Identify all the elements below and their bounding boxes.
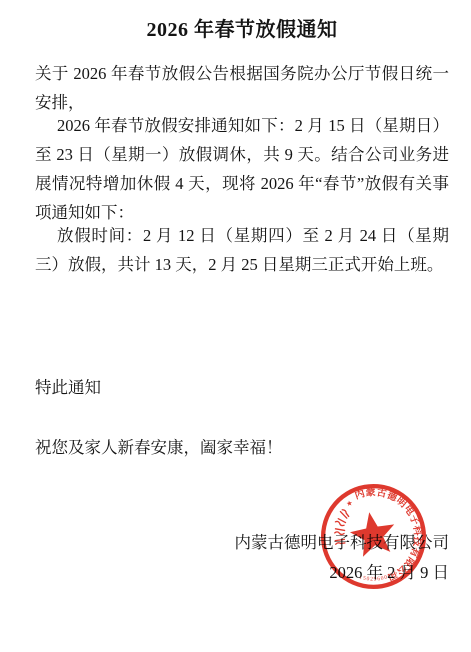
signature-issue-date: 2026 年 2 月 9 日 — [35, 558, 449, 587]
paragraph-new-year-wish: 祝您及家人新春安康，阖家幸福！ — [35, 433, 449, 462]
page-title: 2026 年春节放假通知 — [35, 15, 449, 45]
signature-company-name: 内蒙古德明电子科技有限公司 — [35, 528, 449, 557]
paragraph-intro: 关于 2026 年春节放假公告根据国务院办公厅节假日统一安排， — [35, 59, 449, 117]
paragraph-holiday-arrangement: 2026 年春节放假安排通知如下：2 月 15 日（星期日）至 23 日（星期一… — [35, 111, 449, 227]
paragraph-hereby-notice: 特此通知 — [35, 373, 449, 402]
paragraph-holiday-time: 放假时间：2 月 12 日（星期四）至 2 月 24 日（星期三）放假，共计 1… — [35, 221, 449, 279]
seal-separator-star-icon: ★ — [346, 499, 354, 508]
notice-document-page: 2026 年春节放假通知 关于 2026 年春节放假公告根据国务院办公厅节假日统… — [0, 0, 471, 652]
